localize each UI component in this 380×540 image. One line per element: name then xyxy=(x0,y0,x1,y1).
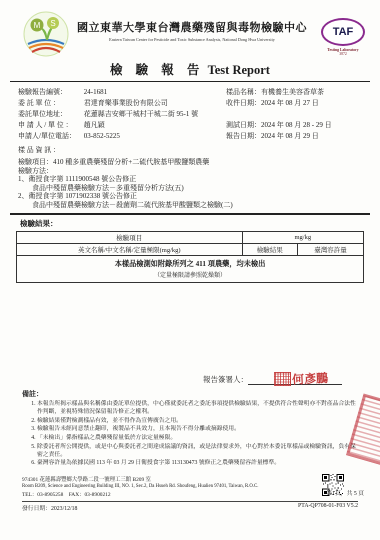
results-header-item: 檢驗項目 xyxy=(17,231,243,243)
report-date-value: 2024 年 08 月 29 日 xyxy=(261,132,319,140)
received-date-label: 收件日期： xyxy=(226,99,261,107)
signature-line: 何彥鵬 xyxy=(248,370,342,385)
method-2-line-2: 食品中殘留農藥檢驗方法－殺菌劑二硫代胺基甲酸鹽類之檢驗(二) xyxy=(32,201,362,210)
test-item-label: 檢驗項目： xyxy=(18,158,53,166)
org-name-en: Eastern Taiwan Center for Pesticide and … xyxy=(70,37,314,42)
footer-issue-row: 發行日期：2023/12/18 PTA-QP708-01-F03 V5.2 xyxy=(22,503,358,512)
test-date-label: 測試日期： xyxy=(226,121,261,129)
center-logo-icon: M S xyxy=(22,10,70,58)
doc-code: PTA-QP708-01-F03 V5.2 xyxy=(298,503,358,512)
note-item: 除委託者所公開提供，或是中心與委託者之間達成協議的資訊，或是法律要求外，中心對於… xyxy=(37,443,356,459)
client-label: 委 託 單 位 ： xyxy=(18,98,82,108)
taf-number: 3872 xyxy=(314,52,372,56)
org-name-zh: 國立東華大學東台灣農藥殘留與毒物檢驗中心 xyxy=(70,19,314,35)
sample-name-value: 有機養生美容香草茶 xyxy=(261,88,324,96)
report-footer: 974301 花蓮縣壽豐鄉大學路二段一號理工三館 B209 室 Room B20… xyxy=(22,475,358,512)
org-title-block: 國立東華大學東台灣農藥殘留與毒物檢驗中心 Eastern Taiwan Cent… xyxy=(70,10,314,42)
report-no-label: 檢驗報告編號： xyxy=(18,87,82,97)
report-title-zh: 檢 驗 報 告 xyxy=(110,63,204,77)
taf-label: TAF xyxy=(333,26,354,38)
applicant-tel-row: 申請人/單位電話： 03-852-5225 xyxy=(18,131,120,141)
results-header-row: 檢驗項目 mg/kg xyxy=(17,231,364,243)
sample-info-heading: 樣 品 資 訊 ： xyxy=(18,145,60,155)
notes-section: 備註： 本報告所揭示樣品與名稱係由委託單位提供，中心僅就委託者之委託事項提供檢驗… xyxy=(22,389,356,467)
page-number: 第1頁，共 5 頁 xyxy=(326,488,364,497)
footer-divider xyxy=(22,501,358,502)
client-row: 委 託 單 位 ： 君達育樂事業股份有限公司 xyxy=(18,98,168,108)
report-info: 檢驗報告編號： 24-1681 委 託 單 位 ： 君達育樂事業股份有限公司 委… xyxy=(8,87,372,157)
report-no-value: 24-1681 xyxy=(84,88,107,96)
footer-tel-fax: TEL：03-8905258 FAX：03-8900212 xyxy=(22,490,358,498)
taf-badge: TAF Testing Laboratory 3872 xyxy=(314,10,372,56)
note-item: 檢驗結果僅對檢測樣品有效，並不得作為宣傳廣告之用。 xyxy=(37,417,356,425)
applicant-row: 申 請 人 / 單 位 ： 趙凡穎 xyxy=(18,120,105,130)
footer-address-zh: 974301 花蓮縣壽豐鄉大學路二段一號理工三館 B209 室 xyxy=(22,475,358,483)
note-item: 「未檢出」係指樣品之農藥殘留量低於方法定量極限。 xyxy=(37,434,356,442)
test-date-value: 2024 年 08 月 28 - 29 日 xyxy=(261,121,332,129)
footer-address-en: Room B209, Science and Engineering Build… xyxy=(22,484,358,489)
report-title: 檢 驗 報 告 Test Report xyxy=(8,60,372,78)
applicant-value: 趙凡穎 xyxy=(84,121,105,129)
signer-stamp: 何彥鵬 xyxy=(274,370,328,387)
report-page: M S 國立東華大學東台灣農藥殘留與毒物檢驗中心 Eastern Taiwan … xyxy=(0,0,380,540)
client-addr-value: 花蓮縣吉安鄉干城村干城二街 95-1 號 xyxy=(84,110,198,118)
method-2-line-1: 2、衛授食字第 1071902338 號公告修正 xyxy=(18,192,362,201)
results-statement-note: （定量極限請參照乾燥類） xyxy=(19,270,361,281)
report-date-row: 報告日期：2024 年 08 月 29 日 xyxy=(226,131,319,141)
header-divider xyxy=(10,81,370,82)
note-item: 本報告所揭示樣品與名稱係由委託單位提供，中心僅就委託者之委託事項提供檢驗結果，不… xyxy=(37,400,356,416)
test-method-block: 檢驗項目：410 種多重農藥殘留分析+二硫代胺基甲酸鹽類農藥 檢驗方法： 1、衛… xyxy=(18,158,362,210)
report-title-en: Test Report xyxy=(208,63,270,77)
results-divider xyxy=(10,213,370,215)
results-label: 檢驗結果： xyxy=(20,218,372,229)
report-no-row: 檢驗報告編號： 24-1681 xyxy=(18,87,107,97)
received-date-value: 2024 年 08 月 27 日 xyxy=(261,99,319,107)
report-header: M S 國立東華大學東台灣農藥殘留與毒物檢驗中心 Eastern Taiwan … xyxy=(8,10,372,58)
report-date-label: 報告日期： xyxy=(226,132,261,140)
note-item: 臺灣容許量為依據民國 113 年 03 月 29 日衛授食字第 11313047… xyxy=(37,459,356,467)
applicant-tel-label: 申請人/單位電話： xyxy=(18,131,82,141)
results-statement: 本樣品檢測如附錄所列之 411 項農藥，均未檢出 xyxy=(19,257,361,269)
blank-area xyxy=(8,283,372,357)
note-item: 檢驗報告未經同意禁止翻印，複製品不具效力，且本報告不得分離或摘錄使用。 xyxy=(37,425,356,433)
issue-date: 發行日期：2023/12/18 xyxy=(22,503,77,512)
test-method-label: 檢驗方法： xyxy=(18,167,362,176)
results-subheader-limit: 臺灣容許量 xyxy=(298,243,364,255)
test-item-line: 檢驗項目：410 種多重農藥殘留分析+二硫代胺基甲酸鹽類農藥 xyxy=(18,158,362,167)
applicant-label: 申 請 人 / 單 位 ： xyxy=(18,120,82,130)
sample-info-label: 樣 品 資 訊 ： xyxy=(18,146,60,154)
method-1-line-1: 1、衛授食字第 1111900548 號公告修正 xyxy=(18,175,362,184)
sample-name-row: 樣品名稱：有機養生美容香草茶 xyxy=(226,87,324,97)
results-body-cell: 本樣品檢測如附錄所列之 411 項農藥，均未檢出 （定量極限請參照乾燥類） xyxy=(17,255,364,283)
results-subheader-row: 英文名稱/中文名稱/定量極限(mg/kg) 檢驗結果 臺灣容許量 xyxy=(17,243,364,255)
test-item-value: 410 種多重農藥殘留分析+二硫代胺基甲酸鹽類農藥 xyxy=(53,158,209,166)
results-subheader-result: 檢驗結果 xyxy=(242,243,298,255)
results-body-row: 本樣品檢測如附錄所列之 411 項農藥，均未檢出 （定量極限請參照乾燥類） xyxy=(17,255,364,283)
logo-letter-s: S xyxy=(50,19,55,28)
results-subheader-item: 英文名稱/中文名稱/定量極限(mg/kg) xyxy=(17,243,243,255)
signature-block: 報告簽署人： 何彥鵬 xyxy=(8,357,372,385)
results-table: 檢驗項目 mg/kg 英文名稱/中文名稱/定量極限(mg/kg) 檢驗結果 臺灣… xyxy=(16,231,364,284)
logo-letter-m: M xyxy=(34,21,41,30)
seal-stamp-icon xyxy=(274,372,291,386)
client-addr-label: 委託單位地址： xyxy=(18,109,82,119)
sample-name-label: 樣品名稱： xyxy=(226,88,261,96)
notes-list: 本報告所揭示樣品與名稱係由委託單位提供，中心僅就委託者之委託事項提供檢驗結果，不… xyxy=(22,400,356,467)
applicant-tel-value: 03-852-5225 xyxy=(84,132,120,140)
received-date-row: 收件日期：2024 年 08 月 27 日 xyxy=(226,98,319,108)
scanned-test-report: { "header": { "logo_m": "M", "logo_s": "… xyxy=(0,0,380,540)
results-header-unit: mg/kg xyxy=(242,231,363,243)
taf-logo-icon: TAF xyxy=(321,18,365,46)
client-value: 君達育樂事業股份有限公司 xyxy=(84,99,168,107)
signer-label: 報告簽署人： xyxy=(203,374,248,385)
notes-label: 備註： xyxy=(22,389,356,399)
client-addr-row: 委託單位地址： 花蓮縣吉安鄉干城村干城二街 95-1 號 xyxy=(18,109,198,119)
test-date-row: 測試日期：2024 年 08 月 28 - 29 日 xyxy=(226,120,332,130)
signer-stamp-name: 何彥鵬 xyxy=(292,369,329,388)
